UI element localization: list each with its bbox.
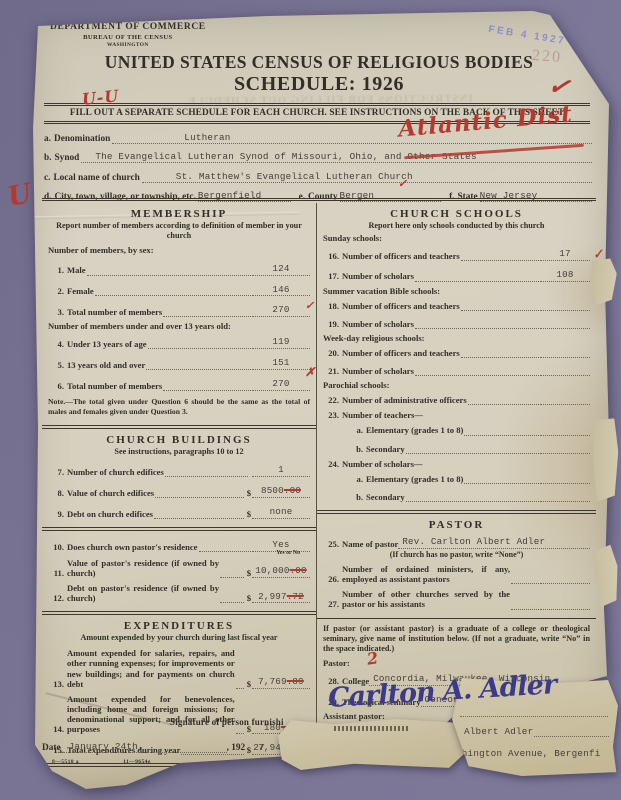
question-letter: a.	[347, 474, 363, 484]
field-label: Denomination	[54, 134, 110, 144]
schools-title: CHURCH SCHOOLS	[323, 208, 590, 220]
question-row-3: 3. Total number of members 270	[48, 304, 310, 317]
typed-answer: 146	[272, 284, 289, 295]
answer-value: 108	[540, 269, 590, 282]
signature-caption: Signature of person furnishi	[170, 717, 284, 727]
struck-cents: .00	[290, 565, 307, 576]
question-number: 30.	[323, 726, 339, 736]
question-label: Secondary	[366, 444, 405, 454]
expenditures-title: EXPENDITURES	[48, 620, 310, 632]
question-number: 10.	[48, 542, 64, 552]
question-label: Value of pastor's residence (if owned by…	[67, 558, 219, 578]
answer-value: 7,769.89	[252, 676, 310, 689]
field-value: St. Matthew's Evangelical Lutheran Churc…	[176, 171, 413, 182]
field-entry-line: St. Matthew's Evangelical Lutheran Churc…	[142, 171, 592, 183]
washington-line: WASHINGTON	[50, 42, 206, 49]
double-rule	[42, 527, 316, 531]
answer-value: 270	[252, 304, 310, 317]
membership-title: MEMBERSHIP	[48, 208, 310, 220]
dotted-leader	[464, 427, 539, 436]
question-label: Male	[67, 265, 86, 275]
struck-cents: .89	[287, 676, 304, 687]
dotted-leader	[148, 340, 251, 349]
expenditures-subtitle: Amount expended by your church during la…	[54, 633, 304, 643]
dotted-leader	[154, 510, 244, 519]
group-label: Number of members, by sex:	[48, 245, 310, 255]
question-number: 22.	[323, 395, 339, 405]
date-line: Date January 24th, , 192 27	[42, 741, 312, 753]
answer-value: 10,000.00	[252, 565, 310, 578]
form-title: UNITED STATES CENSUS OF RELIGIOUS BODIES	[28, 52, 610, 73]
typed-answer: 7,769	[258, 676, 287, 687]
question-row-8: 8. Value of church edifices $ 8500.00	[48, 485, 310, 498]
question-label: Theological seminary	[342, 744, 421, 754]
dotted-leader	[406, 493, 539, 502]
answer-value	[540, 435, 590, 436]
struck-cents: .72	[287, 591, 304, 602]
question-number: 6.	[48, 381, 64, 391]
question-label: 13 years old and over	[67, 360, 145, 370]
question-number: 16.	[323, 251, 339, 261]
question-row-27: 27. Number of other churches served by t…	[323, 589, 590, 609]
printed-year-prefix: , 192	[227, 743, 246, 753]
answer-value: 119	[252, 336, 310, 349]
question-row-23a: a. Elementary (grades 1 to 8)	[323, 425, 590, 435]
answer-value: 1	[252, 464, 310, 477]
double-rule	[42, 425, 316, 429]
question-label: Number of teachers—	[342, 410, 423, 420]
date-label: Date	[42, 743, 61, 753]
answer-value	[540, 609, 590, 610]
answer-value: 17	[540, 248, 590, 261]
question-row-12: 12. Debt on pastor's residence (if owned…	[48, 583, 310, 603]
bureau-line: BUREAU OF THE CENSUS	[50, 34, 206, 42]
question-label: Number of church edifices	[67, 467, 164, 477]
question-label: Number of scholars—	[342, 459, 423, 469]
pastor-note: Note.—Where one pastor serves two or mor…	[323, 760, 590, 790]
question-number: 9.	[48, 509, 64, 519]
question-number: 18.	[323, 301, 339, 311]
form-print-codes: 8—5518 a 11—9654e	[52, 759, 151, 765]
typed-answer: 119	[272, 336, 289, 347]
question-label: Number of other churches served by the p…	[342, 589, 510, 609]
typed-answer: 10,000	[255, 565, 289, 576]
dotted-leader	[199, 543, 252, 552]
question-row-4: 4. Under 13 years of age 119	[48, 336, 310, 349]
question-row-24: 24. Number of scholars—	[323, 459, 590, 469]
single-rule	[317, 618, 596, 619]
question-number: 1.	[48, 265, 64, 275]
question-label: Number of officers and teachers	[342, 348, 460, 358]
question-row-21: ✗ 21. Number of scholars	[323, 366, 590, 376]
form-code: 11—9654e	[123, 759, 151, 765]
dotted-leader	[146, 361, 251, 370]
question-label: Under 13 years of age	[67, 339, 147, 349]
question-number: 27.	[323, 599, 339, 609]
question-label: Number of administrative officers	[342, 395, 467, 405]
field-entry-line: Lutheran	[112, 132, 592, 144]
question-letter: b.	[347, 444, 363, 454]
group-label: Parochial schools:	[323, 380, 590, 390]
question-row-25: 25. Name of pastor Rev. Carlton Albert A…	[323, 536, 590, 549]
question-row-20: 20. Number of officers and teachers	[323, 348, 590, 358]
question-number: 24.	[323, 459, 339, 469]
question-number: 12.	[48, 593, 64, 603]
question-row-13: 13. Amount expended for salaries, repair…	[48, 648, 310, 689]
group-label: Number of members under and over 13 year…	[48, 321, 310, 331]
question-row-17: 17. Number of scholars 108 ✓	[323, 269, 590, 282]
agency-block: DEPARTMENT OF COMMERCE BUREAU OF THE CEN…	[50, 22, 206, 49]
typed-answer: none	[270, 506, 293, 517]
pastor-label-line: Pastor: 2	[323, 658, 590, 668]
typed-answer: 124	[272, 263, 289, 274]
typed-year: 27	[253, 742, 265, 753]
question-number: 23.	[323, 410, 339, 420]
question-label: Number of scholars	[342, 319, 414, 329]
question-label: Total number of members	[67, 307, 162, 317]
answer-value	[540, 583, 590, 584]
question-row-9: 9. Debt on church edifices $ none	[48, 506, 310, 519]
pastor-title: PASTOR	[323, 519, 590, 531]
field-letter: c.	[44, 173, 50, 183]
answer-value	[540, 501, 590, 502]
field-value: Lutheran	[184, 132, 230, 143]
question-letter: a.	[347, 425, 363, 435]
question-row-16: 16. Number of officers and teachers 17 ✓	[323, 248, 590, 261]
question-row-24a: a. Elementary (grades 1 to 8)	[323, 474, 590, 484]
typed-answer: 17	[559, 248, 570, 259]
answer-value: Rev. Carlton Albert Adler	[398, 536, 590, 549]
answer-value	[540, 375, 590, 376]
department-line: DEPARTMENT OF COMMERCE	[50, 22, 206, 34]
answer-value	[540, 404, 590, 405]
question-label: Debt on pastor's residence (if owned by …	[67, 583, 219, 603]
question-label: Number of officers and teachers	[342, 251, 460, 261]
question-row-19: 19. Number of scholars	[323, 319, 590, 329]
group-label: Week-day religious schools:	[323, 333, 590, 343]
red-margin-mark: U	[5, 180, 34, 211]
question-row-23b: b. Secondary	[323, 444, 590, 454]
dotted-leader	[468, 396, 539, 405]
field-letter: a.	[44, 134, 51, 144]
question-row-6: 6. Total number of members 270	[48, 378, 310, 391]
answer-value: 8500.00	[252, 485, 310, 498]
dotted-leader	[95, 287, 251, 296]
dotted-leader	[511, 575, 539, 584]
answer-value: 270	[252, 378, 310, 391]
answer-value	[540, 328, 590, 329]
dotted-leader	[511, 601, 539, 610]
red-handwritten-two: 2	[366, 651, 379, 668]
typed-answer: Yes	[272, 539, 289, 550]
dotted-leader	[155, 489, 244, 498]
question-number: 11.	[48, 568, 64, 578]
field-label: Local name of church	[53, 173, 139, 183]
dotted-leader	[236, 680, 244, 689]
dotted-leader	[370, 727, 589, 736]
typed-answer: Rev. Carlton Albert Adler	[402, 536, 545, 547]
dotted-leader	[415, 273, 539, 282]
answer-value	[540, 357, 590, 358]
question-row-1: 1. Male 124	[48, 263, 310, 276]
double-rule	[42, 611, 316, 615]
dotted-leader	[464, 475, 539, 484]
red-check-icon: ✓	[305, 300, 314, 311]
question-number: 31.	[323, 744, 339, 754]
identification-fields: a. Denomination Lutheran b. Synod The Ev…	[44, 124, 592, 202]
typed-answer: 270	[272, 378, 289, 389]
dotted-leader	[415, 367, 539, 376]
membership-note: Note.—The total given under Question 6 s…	[48, 397, 310, 417]
question-row-14: 14. Amount expended for benevolences, in…	[48, 694, 310, 735]
group-label: Summer vacation Bible schools:	[323, 286, 590, 296]
question-letter: b.	[347, 492, 363, 502]
answer-value: 2,997.72	[252, 591, 310, 604]
question-label: Total number of members	[67, 381, 162, 391]
question-row-30: 30. College	[323, 726, 590, 736]
question-number: 2.	[48, 286, 64, 296]
question-label: College	[342, 726, 369, 736]
dotted-leader	[461, 252, 539, 261]
buildings-title: CHURCH BUILDINGS	[48, 434, 310, 446]
membership-subtitle: Report number of members according to de…	[54, 221, 304, 241]
question-number: 26.	[323, 574, 339, 584]
question-row-18: ✓ 18. Number of officers and teachers	[323, 301, 590, 311]
field-entry-line: The Evangelical Lutheran Synod of Missou…	[81, 151, 592, 163]
typed-answer: 8500	[261, 485, 284, 496]
question-label: Debt on church edifices	[67, 509, 153, 519]
question-row-2: 2. Female 146	[48, 284, 310, 297]
typed-answer: 1	[278, 464, 284, 475]
question-number: 3.	[48, 307, 64, 317]
question-label: Number of ordained ministers, if any, em…	[342, 564, 510, 584]
question-row-23: 23. Number of teachers—	[323, 410, 590, 420]
assistant-pastor-label: Assistant pastor:	[323, 711, 590, 721]
question-row-5: 5. 13 years old and over 151	[48, 357, 310, 370]
question-label: Amount expended for benevolences, includ…	[67, 694, 235, 735]
graduate-paragraph: If pastor (or assistant pastor) is a gra…	[323, 624, 590, 655]
dotted-leader	[165, 468, 248, 477]
typed-answer: 270	[272, 304, 289, 315]
red-check-icon: ✓	[592, 247, 604, 261]
currency-symbol: $	[247, 509, 251, 519]
photo-background: INSTRUCTIONS FOR FILLING OUT SCHEDULE DE…	[0, 0, 621, 800]
field-denomination: a. Denomination Lutheran	[44, 132, 592, 144]
question-row-26: 26. Number of ordained ministers, if any…	[323, 564, 590, 584]
red-check-icon: ✓	[282, 732, 295, 747]
field-label: Synod	[55, 153, 80, 163]
question-number: 21.	[323, 366, 339, 376]
question-label: Name of pastor	[342, 539, 398, 549]
field-synod: b. Synod The Evangelical Lutheran Synod …	[44, 151, 592, 163]
question-label: Elementary (grades 1 to 8)	[366, 425, 463, 435]
question-label: Female	[67, 286, 94, 296]
question-label: Amount expended for salaries, repairs, a…	[67, 648, 235, 689]
dotted-leader	[422, 745, 589, 754]
answer-value: 151	[252, 357, 310, 370]
typed-answer: 151	[272, 357, 289, 368]
question-label: Secondary	[366, 492, 405, 502]
question-label: Number of scholars	[342, 366, 414, 376]
dotted-leader	[163, 382, 251, 391]
yes-or-no-sublabel: Yes or No	[276, 550, 300, 557]
question-number: 4.	[48, 339, 64, 349]
question-label: Value of church edifices	[67, 488, 154, 498]
question-number: 25.	[323, 539, 339, 549]
dotted-leader	[87, 267, 251, 276]
struck-cents: .00	[284, 485, 301, 496]
question-number: 8.	[48, 488, 64, 498]
red-cross-icon: ✗	[305, 366, 315, 378]
currency-symbol: $	[247, 568, 251, 578]
dotted-leader	[415, 320, 539, 329]
question-label: Elementary (grades 1 to 8)	[366, 474, 463, 484]
answer-value	[540, 453, 590, 454]
question-label: Does church own pastor's residence	[67, 542, 198, 552]
date-entry-line: January 24th,	[61, 741, 227, 753]
pastor-label: Pastor:	[323, 658, 350, 668]
no-pastor-note: (If church has no pastor, write “None”)	[323, 550, 590, 559]
question-number: 17.	[323, 271, 339, 281]
dotted-leader	[163, 308, 251, 317]
double-rule	[317, 510, 596, 514]
form-code: 8—5518 a	[52, 759, 79, 765]
question-row-7: 7. Number of church edifices 1	[48, 464, 310, 477]
question-number: 7.	[48, 467, 64, 477]
dotted-leader	[220, 594, 244, 603]
dotted-leader	[461, 349, 539, 358]
question-number: 19.	[323, 319, 339, 329]
question-label: Number of officers and teachers	[342, 301, 460, 311]
buildings-subtitle: See instructions, paragraphs 10 to 12	[54, 447, 304, 457]
typed-answer: 108	[556, 269, 573, 280]
question-row-22: 22. Number of administrative officers	[323, 395, 590, 405]
typed-answer: 2,997	[258, 591, 287, 602]
group-label: Sunday schools:	[323, 233, 590, 243]
question-row-11: 11. Value of pastor's residence (if owne…	[48, 558, 310, 578]
question-number: 14.	[48, 724, 64, 734]
field-letter: b.	[44, 153, 52, 163]
question-label: Number of scholars	[342, 271, 414, 281]
stamped-number: 220	[531, 47, 562, 67]
question-row-24b: b. Secondary	[323, 492, 590, 502]
currency-symbol: $	[247, 488, 251, 498]
question-row-10: 10. Does church own pastor's residence Y…	[48, 539, 310, 552]
red-margin-mark: U-U	[81, 88, 120, 108]
currency-symbol: $	[247, 593, 251, 603]
typed-date: January 24th,	[69, 741, 144, 752]
dotted-leader	[406, 445, 539, 454]
question-number: 20.	[323, 348, 339, 358]
currency-symbol: $	[247, 679, 251, 689]
dotted-leader	[220, 569, 244, 578]
question-row-31: 31. Theological seminary	[323, 744, 590, 754]
answer-value	[540, 310, 590, 311]
answer-value: none	[252, 506, 310, 519]
answer-value: 124	[252, 263, 310, 276]
left-column: MEMBERSHIP Report number of members acco…	[42, 203, 317, 790]
answer-value: 146	[252, 284, 310, 297]
field-local-church-name: c. Local name of church St. Matthew's Ev…	[44, 171, 592, 183]
schools-subtitle: Report here only schools conducted by th…	[329, 221, 584, 231]
answer-value	[540, 483, 590, 484]
red-check-icon: ✓	[398, 178, 407, 189]
dotted-leader	[461, 302, 539, 311]
question-number: 5.	[48, 360, 64, 370]
question-number: 13.	[48, 679, 64, 689]
